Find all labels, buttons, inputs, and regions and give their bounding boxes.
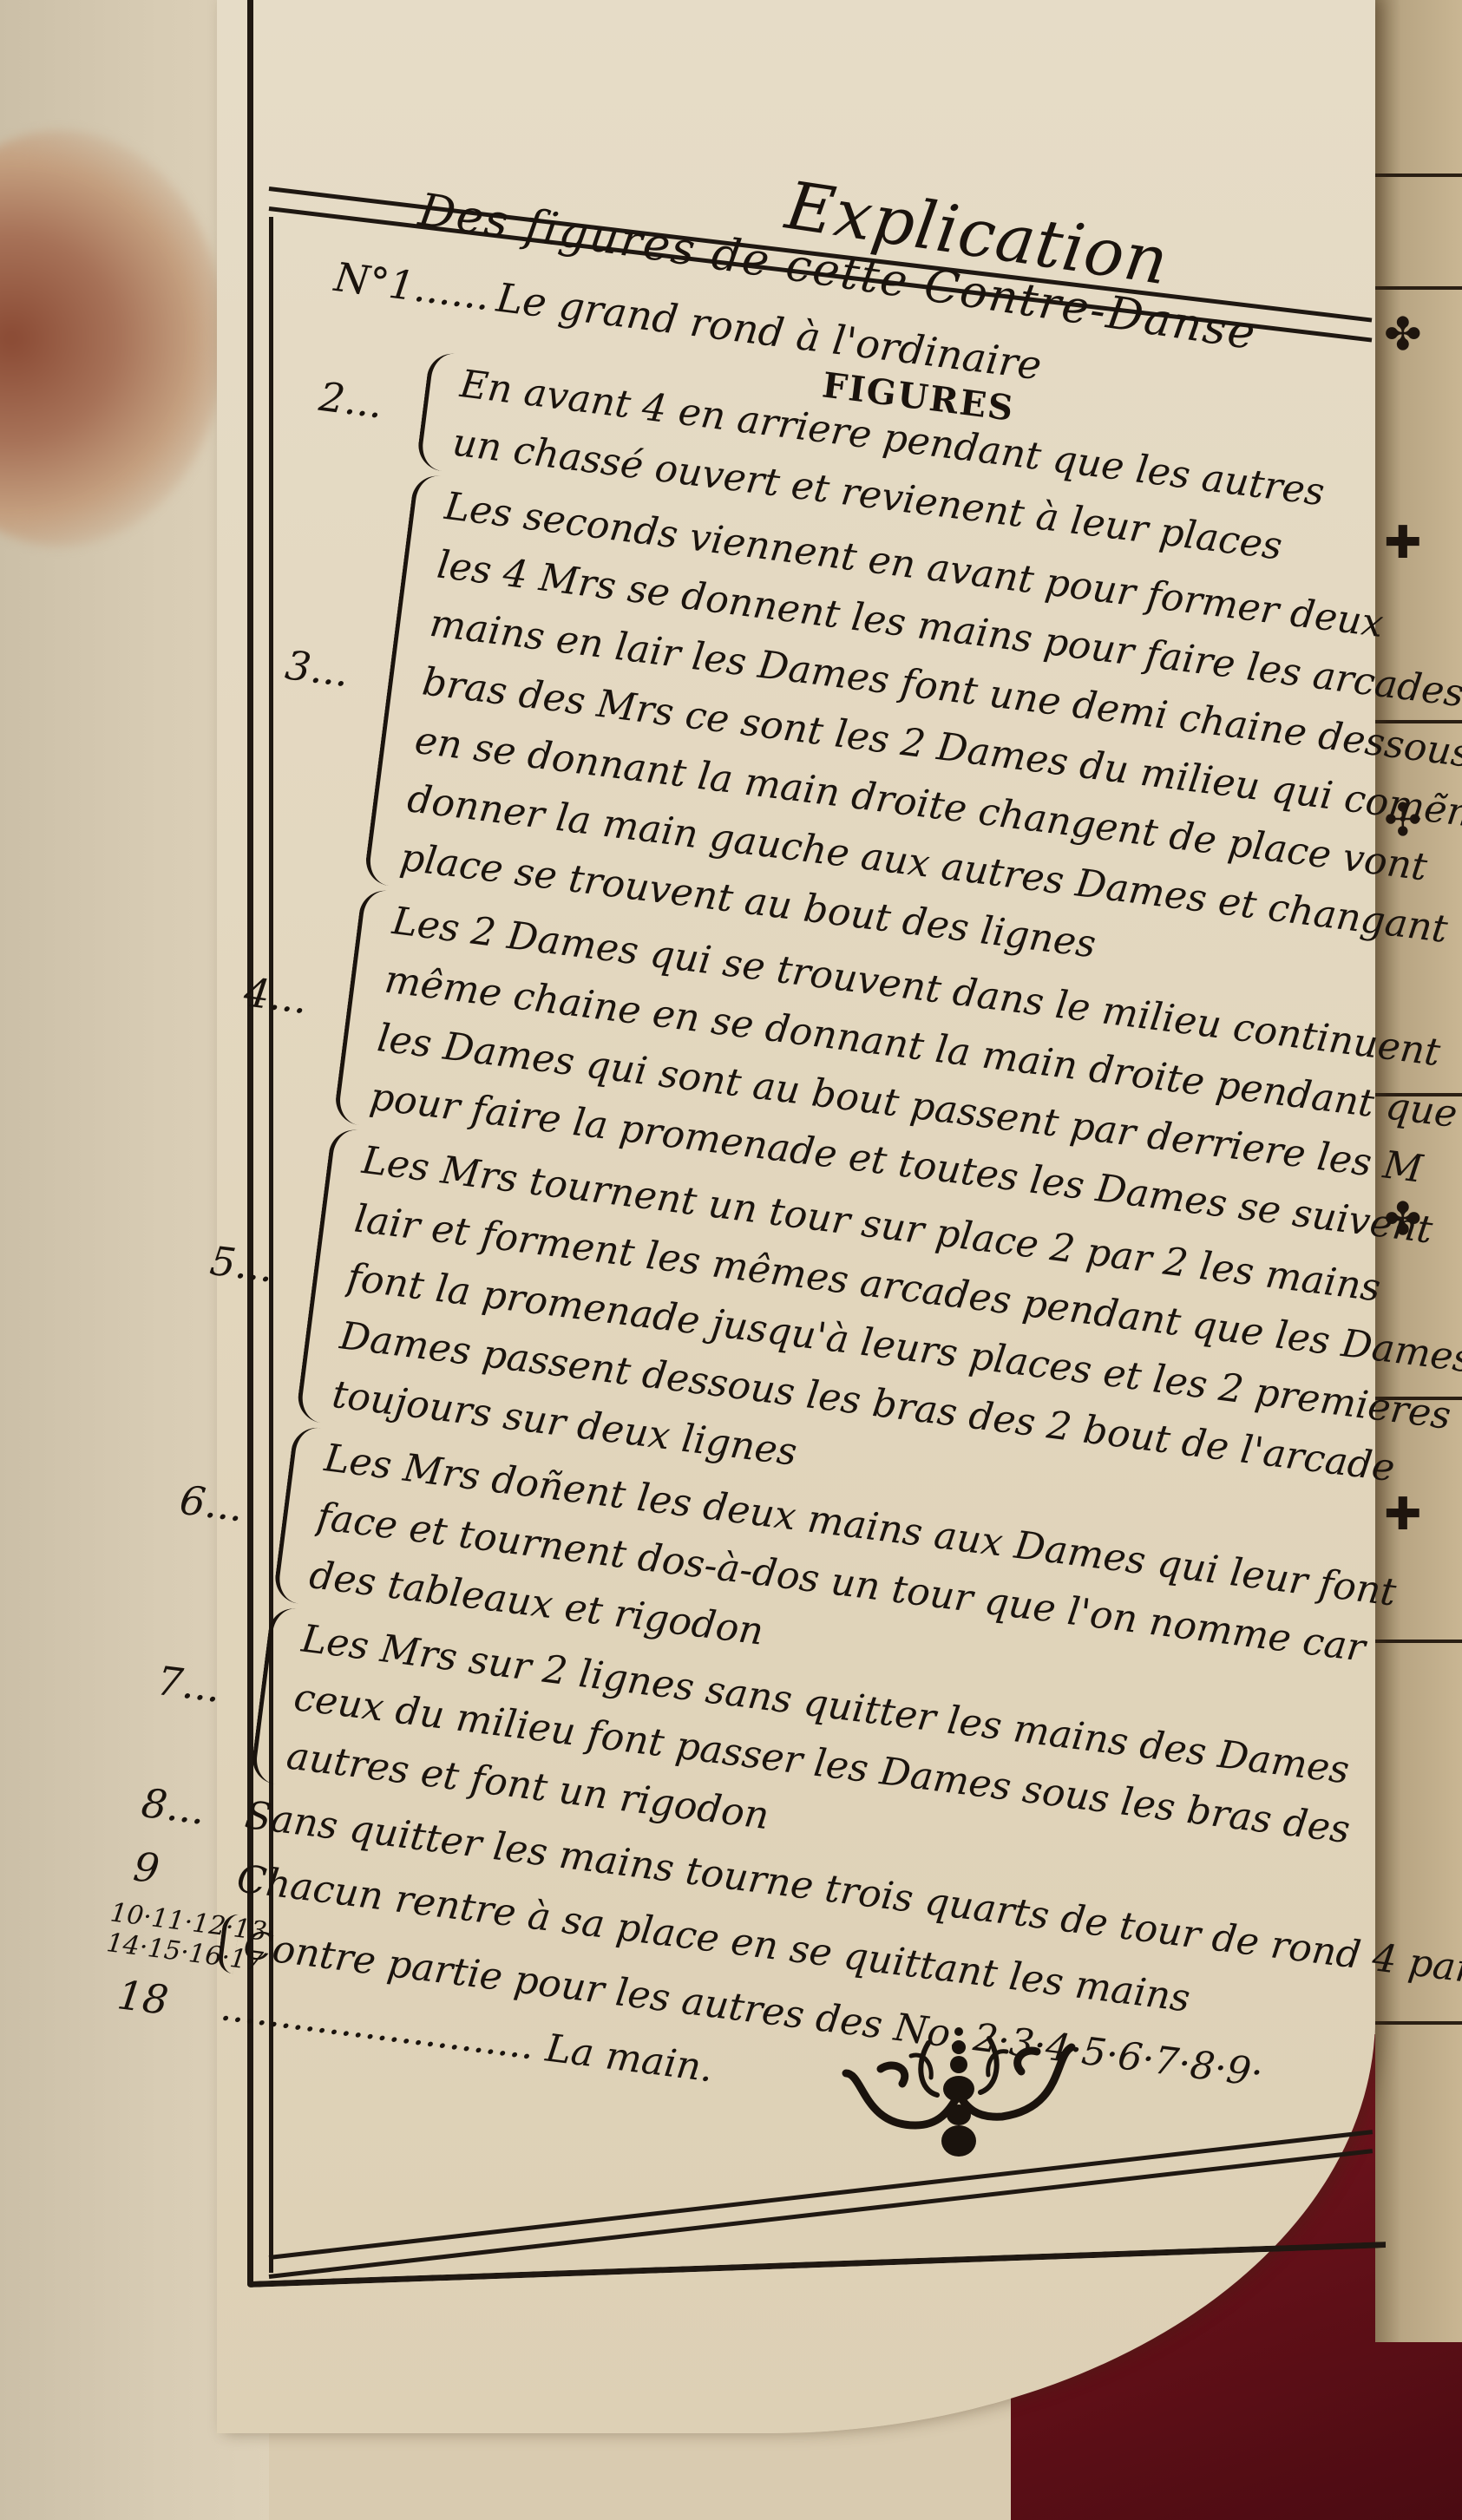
figure-explanations: N°1...... Le grand rond à l'ordinaire FI… — [114, 247, 1415, 2164]
entry-number: 18 — [115, 1971, 224, 2031]
entry-number: 4... — [241, 968, 351, 1028]
entry-number: 8... — [139, 1779, 248, 1839]
facing-rule — [1375, 2021, 1462, 2025]
photo-scene: ✤ ✚ ✣ ✤ ✚ Explication Des figures de cet… — [0, 0, 1462, 2520]
figure-diagram-icon: ✤ — [1384, 312, 1462, 357]
scroll-ornament-icon — [829, 2013, 1089, 2160]
facing-rule — [1375, 286, 1462, 290]
entry-number: 9 — [131, 1843, 240, 1902]
entry-number: 5... — [207, 1237, 317, 1297]
entry-number: 2... — [317, 373, 426, 433]
entry-number: 10·11·12·13· 14·15·16·17 — [105, 1898, 225, 1972]
facing-rule — [1375, 173, 1462, 177]
entry-number: 3... — [283, 641, 392, 701]
entry-number: N°1...... — [331, 253, 493, 319]
entry-number: 7... — [154, 1657, 264, 1717]
entry-number: 6... — [177, 1476, 286, 1536]
